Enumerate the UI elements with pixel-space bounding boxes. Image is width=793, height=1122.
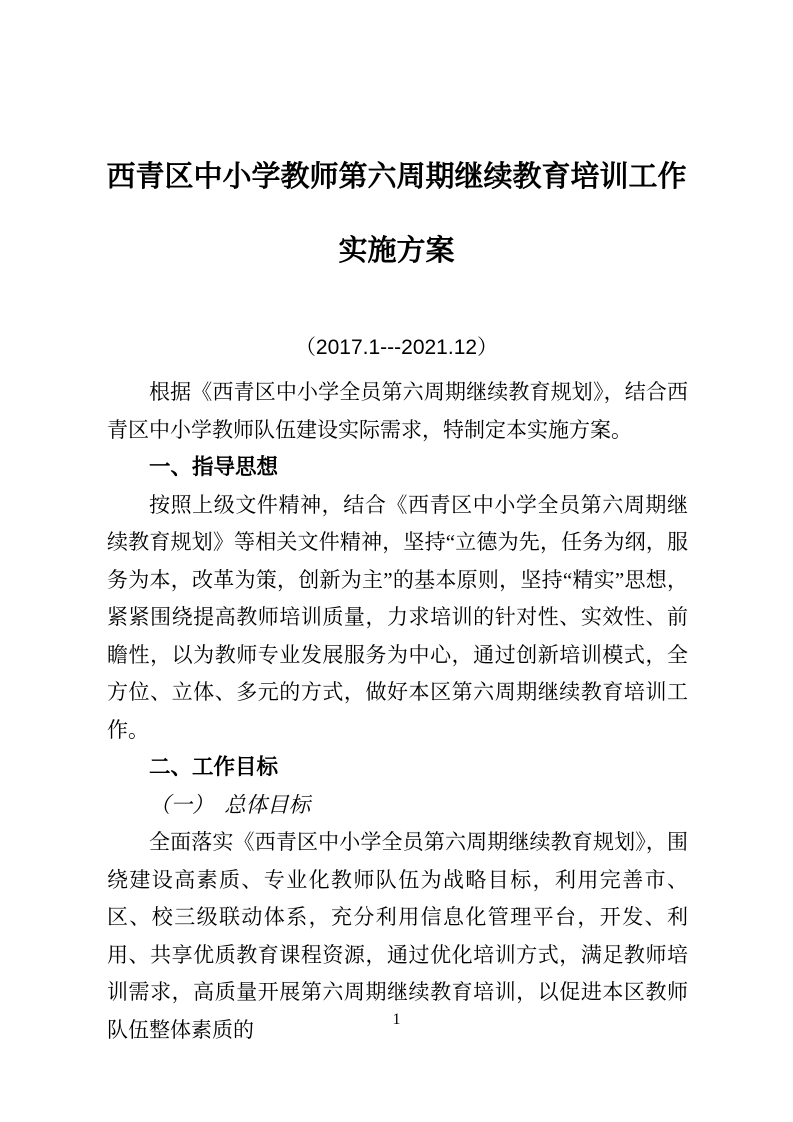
- section-2-heading: 二、工作目标: [107, 749, 688, 787]
- section-2-subsection-1-heading: （一） 总体目标: [107, 787, 688, 825]
- document-body: 根据《西青区中小学全员第六周期继续教育规划》，结合西青区中小学教师队伍建设实际需…: [107, 374, 688, 1049]
- document-title-line-2: 实施方案: [0, 231, 793, 271]
- document-title-line-1: 西青区中小学教师第六周期继续教育培训工作: [0, 157, 793, 197]
- document-page: 西青区中小学教师第六周期继续教育培训工作 实施方案 （2017.1---2021…: [0, 0, 793, 1122]
- section-1-body: 按照上级文件精神，结合《西青区中小学全员第六周期继续教育规划》等相关文件精神，坚…: [107, 487, 688, 750]
- page-number: 1: [0, 1008, 793, 1032]
- section-1-heading: 一、指导思想: [107, 449, 688, 487]
- intro-paragraph: 根据《西青区中小学全员第六周期继续教育规划》，结合西青区中小学教师队伍建设实际需…: [107, 374, 688, 449]
- date-range: （2017.1---2021.12）: [0, 334, 793, 362]
